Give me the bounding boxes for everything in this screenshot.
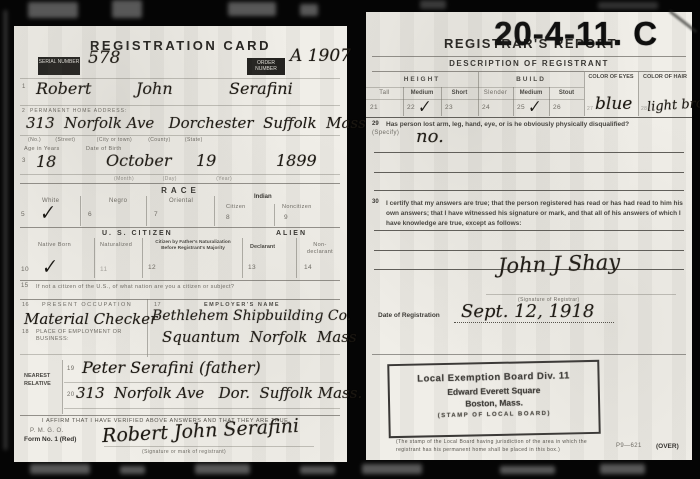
race-oriental-number: 7 [154, 211, 158, 219]
age-field-number: 3 [22, 158, 26, 166]
serial-number-label: SERIAL NUMBER [38, 57, 80, 75]
scanned-draft-registration-cards: REGISTRATION CARD SERIAL NUMBER 578 ORDE… [0, 0, 700, 479]
height-short-number: 23 [445, 104, 453, 112]
build-medium-label: Medium [513, 90, 549, 97]
registrar-signature: John J Shay [498, 252, 621, 277]
non-declarant-number: 14 [304, 264, 312, 272]
color-of-eyes-header: COLOR OF EYES [584, 74, 638, 81]
q29-specify-label: (Specify) [372, 130, 399, 138]
q29-answer: no. [416, 128, 444, 146]
film-artifact [600, 464, 645, 474]
form-organization: P. M. G. O. [30, 428, 64, 436]
declarant-number: 13 [248, 264, 256, 272]
citizen-by-father-number: 12 [148, 264, 156, 272]
height-tall-label: Tall [366, 90, 403, 98]
build-header: BUILD [478, 76, 584, 84]
serial-number-value: 578 [88, 50, 120, 67]
race-negro-number: 6 [88, 211, 92, 219]
q30-number: 30 [372, 199, 379, 206]
declarant-label: Declarant [250, 244, 275, 251]
occupation-label: PRESENT OCCUPATION [42, 302, 132, 309]
description-of-registrant-header: DESCRIPTION OF REGISTRANT [366, 59, 692, 69]
registration-card: REGISTRATION CARD SERIAL NUMBER 578 ORDE… [14, 26, 347, 462]
height-tall-number: 21 [370, 104, 378, 112]
over-label: (OVER) [656, 443, 679, 451]
employment-place-value: Squantum Norfolk Mass [162, 330, 357, 345]
relative-address-number: 20 [67, 392, 74, 400]
name-middle: John [136, 81, 173, 97]
film-artifact [300, 4, 318, 16]
registrant-signature-caption: (Signature or mark of registrant) [142, 449, 226, 455]
film-artifact [598, 2, 658, 9]
date-line [454, 322, 614, 323]
race-citizen-number: 8 [226, 214, 230, 222]
height-medium-number: 22 [407, 104, 415, 112]
age-value: 18 [36, 154, 56, 170]
height-medium-label: Medium [403, 90, 441, 97]
film-artifact [4, 10, 7, 450]
dob-sublabels: (Month) (Day) (Year) [114, 176, 232, 182]
film-artifact [30, 464, 90, 474]
q30-certification-text: I certify that my answers are true; that… [386, 199, 684, 229]
name-last: Serafini [229, 81, 293, 97]
film-artifact [120, 466, 145, 474]
citizen-by-father-label: Citizen by Father's Naturalization Befor… [150, 240, 236, 252]
date-of-registration-value: Sept. 12, 1918 [461, 303, 594, 321]
eyes-color-value: blue [595, 96, 632, 113]
race-noncitizen-number: 9 [284, 214, 288, 222]
film-artifact [300, 466, 335, 474]
film-artifact [362, 464, 422, 474]
native-born-label: Native Born [38, 242, 71, 249]
occupation-value: Material Checker [24, 312, 157, 327]
build-stout-number: 26 [553, 104, 561, 112]
nearest-relative-block-label: NEAREST RELATIVE [24, 372, 60, 389]
nation-question-label: If not a citizen of the U.S., of what na… [36, 284, 306, 291]
address-value: 313 Norfolk Ave Dorchester Suffolk Mass [26, 116, 366, 131]
film-artifact [28, 2, 78, 18]
name-first: Robert [36, 81, 91, 97]
address-field-number: 2 [22, 108, 25, 114]
race-indian-noncitizen-label: Noncitizen [282, 204, 312, 211]
relative-name-value: Peter Serafini (father) [82, 360, 261, 376]
dob-year: 1899 [276, 153, 317, 169]
relative-name-number: 19 [67, 366, 74, 374]
race-section-header: RACE [14, 186, 347, 196]
height-medium-checkmark-icon: ✓ [418, 98, 432, 117]
q29-number: 29 [372, 121, 379, 128]
registrars-report-card: REGISTRAR'S REPORT 20-4-11. C DESCRIPTIO… [366, 12, 692, 460]
name-field-number: 1 [22, 84, 26, 92]
dob-day: 19 [196, 153, 216, 169]
naturalized-number: 11 [100, 266, 108, 274]
non-declarant-label: Non-declarant [302, 242, 338, 256]
order-number-label: ORDER NUMBER [247, 58, 285, 75]
eyes-field-number: 27 [587, 106, 593, 112]
race-indian-citizen-label: Citizen [226, 204, 246, 211]
film-artifact [112, 0, 142, 18]
native-born-number: 10 [21, 266, 29, 274]
occupation-field-number: 16 [22, 302, 29, 309]
employment-place-label: PLACE OF EMPLOYMENT OR BUSINESS: [36, 329, 141, 343]
film-artifact [500, 466, 555, 474]
native-born-checkmark-icon: ✓ [41, 256, 58, 278]
local-board-stamp-box: Local Exemption Board Div. 11 Edward Eve… [387, 360, 601, 438]
stamp-box-instruction-note: (The stamp of the Local Board having jur… [396, 439, 596, 454]
alien-header: ALIEN [276, 230, 307, 238]
race-white-checkmark-icon: ✓ [39, 202, 56, 224]
race-indian-label: Indian [254, 194, 272, 201]
race-negro-label: Negro [109, 198, 127, 206]
form-number: Form No. 1 (Red) [24, 436, 76, 444]
dob-month: October [106, 153, 172, 169]
race-white-number: 5 [21, 211, 25, 219]
height-short-label: Short [441, 90, 478, 97]
build-medium-number: 25 [517, 104, 525, 112]
stamp-of-local-board-caption: (STAMP OF LOCAL BOARD) [390, 410, 598, 420]
build-slender-label: Slender [478, 90, 513, 98]
relative-address-value: 313 Norfolk Ave Dor. Suffolk Mass. [76, 386, 362, 401]
film-artifact [228, 2, 276, 16]
board-stamp-number: 20-4-11. C [494, 14, 658, 54]
order-number-value: A 1907 [290, 48, 351, 65]
hair-color-value: light bro [647, 97, 700, 114]
build-stout-label: Stout [549, 90, 584, 97]
form-code: P9—621 [616, 443, 642, 451]
film-artifact [195, 464, 250, 474]
naturalized-label: Naturalized [100, 242, 132, 249]
build-slender-number: 24 [482, 104, 490, 112]
stamp-box-city: Boston, Mass. [390, 396, 598, 410]
nation-field-number: 15 [21, 283, 28, 291]
color-of-hair-header: COLOR OF HAIR [638, 74, 692, 81]
build-medium-checkmark-icon: ✓ [528, 98, 542, 117]
stamp-box-board-name: Local Exemption Board Div. 11 [389, 370, 597, 385]
employment-place-number: 18 [22, 329, 29, 336]
crease-artifact [669, 10, 698, 33]
height-header: HEIGHT [366, 76, 478, 84]
employer-value: Bethlehem Shipbuilding Co. [152, 309, 351, 323]
address-sublabels: (No.) (Street) (City or town) (County) (… [28, 137, 203, 143]
race-oriental-label: Oriental [169, 198, 193, 206]
date-of-registration-label: Date of Registration [378, 312, 440, 320]
us-citizen-header: U. S. CITIZEN [102, 230, 173, 238]
film-artifact [420, 0, 446, 9]
